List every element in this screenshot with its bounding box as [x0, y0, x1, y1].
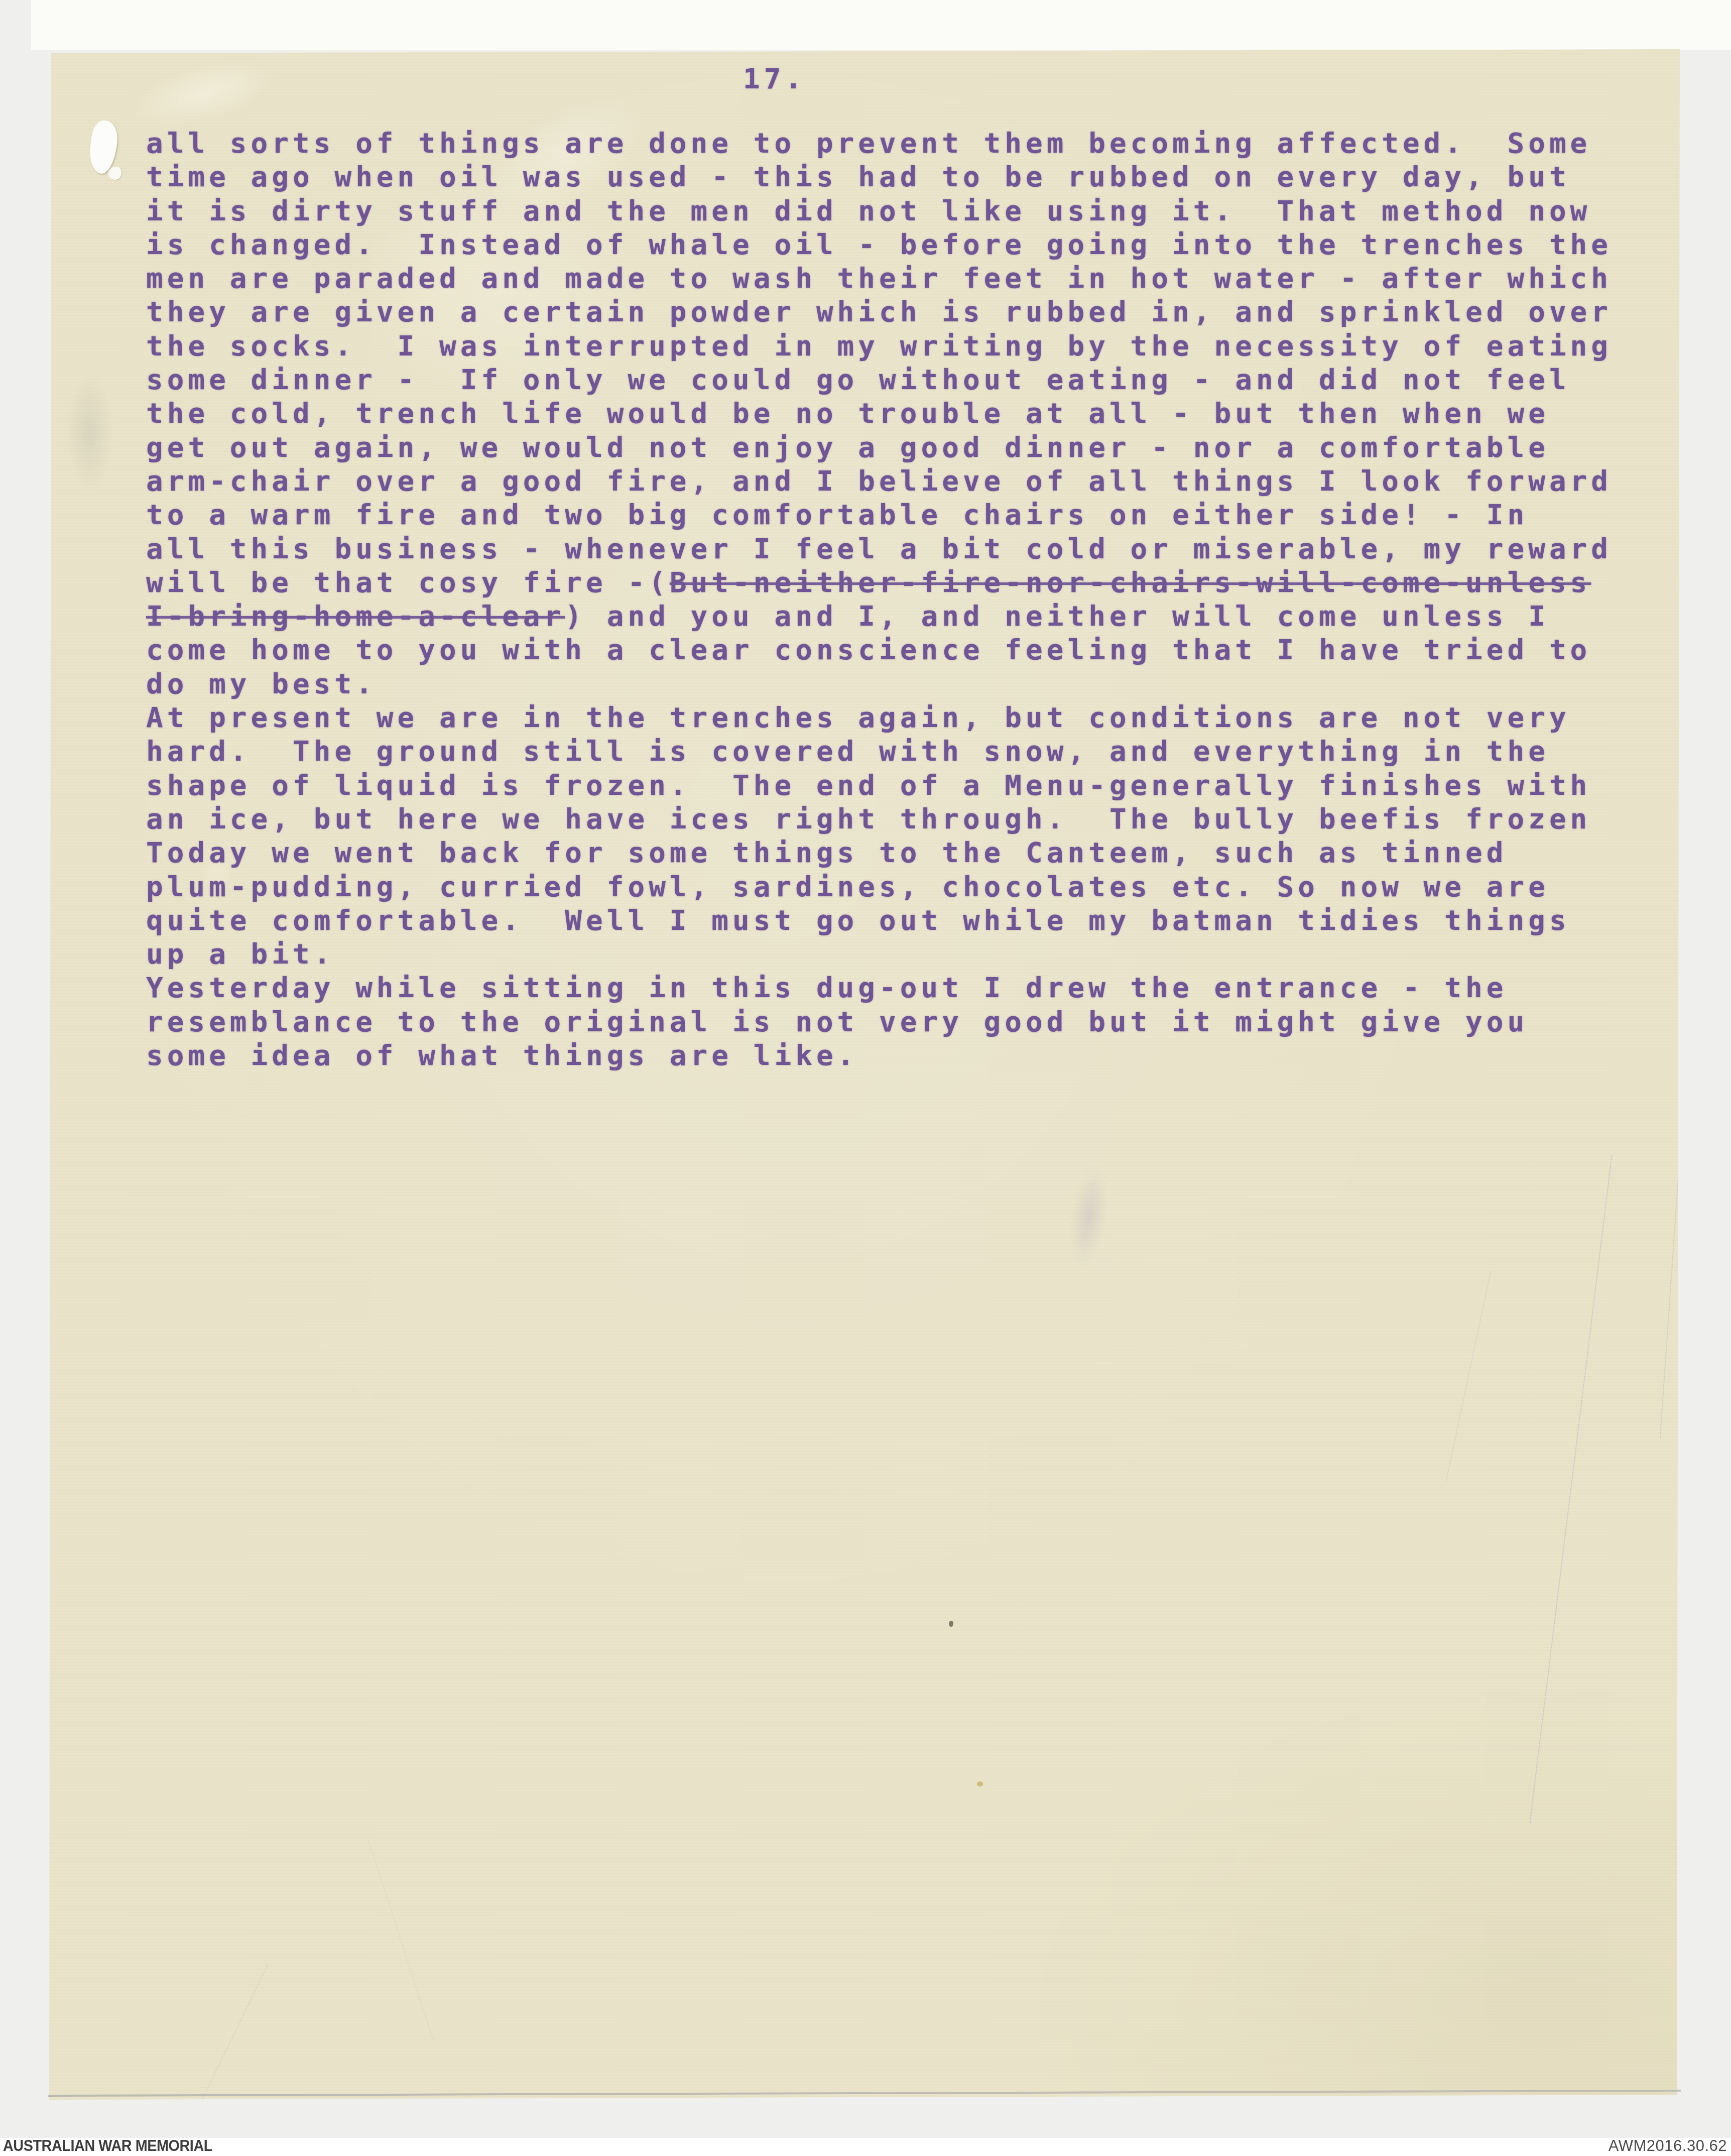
letter-line: shape of liquid is frozen. The end of a …	[146, 769, 1647, 802]
letter-line: the socks. I was interrupted in my writi…	[146, 329, 1647, 363]
ink-smudge	[1064, 1164, 1113, 1268]
text-segment: hard. The ground still is covered with s…	[146, 735, 1549, 768]
letter-line: all sorts of things are done to prevent …	[146, 127, 1647, 160]
text-segment: all this business - whenever I feel a bi…	[146, 533, 1612, 565]
scan-backdrop: 17. all sorts of things are done to prev…	[0, 0, 1731, 2156]
footer-strip: AUSTRALIAN WAR MEMORIAL AWM2016.30.62	[0, 2138, 1731, 2156]
letter-line: men are paraded and made to wash their f…	[146, 262, 1647, 295]
text-segment: will be that cosy fire -(	[146, 566, 670, 599]
letter-line: it is dirty stuff and the men did not li…	[146, 194, 1647, 228]
text-segment: some dinner - If only we could go withou…	[146, 364, 1570, 396]
paper-tear-hole	[108, 167, 121, 180]
struck-text: But-neither-fire-nor-chairs-will-come-un…	[670, 566, 1591, 599]
text-segment: plum-pudding, curried fowl, sardines, ch…	[146, 871, 1549, 903]
text-segment: Today we went back for some things to th…	[146, 836, 1507, 869]
letter-line: come home to you with a clear conscience…	[146, 633, 1647, 667]
paper-crease	[1445, 1270, 1491, 1482]
letter-line: to a warm fire and two big comfortable c…	[146, 498, 1647, 532]
letter-line: the cold, trench life would be no troubl…	[146, 397, 1647, 430]
text-segment: the cold, trench life would be no troubl…	[146, 397, 1549, 430]
text-segment: come home to you with a clear conscience…	[146, 634, 1591, 666]
paper-crease	[368, 1841, 434, 2042]
letter-line: resemblance to the original is not very …	[146, 1005, 1647, 1039]
ink-smudge	[67, 375, 112, 490]
text-segment: some idea of what things are like.	[146, 1039, 858, 1072]
text-segment: resemblance to the original is not very …	[146, 1006, 1528, 1038]
letter-line: all this business - whenever I feel a bi…	[146, 532, 1647, 566]
letter-page: 17. all sorts of things are done to prev…	[49, 48, 1680, 2100]
text-segment: get out again, we would not enjoy a good…	[146, 431, 1549, 464]
letter-line: some dinner - If only we could go withou…	[146, 363, 1647, 397]
text-segment: an ice, but here we have ices right thro…	[146, 803, 1591, 835]
paper-crease	[1529, 1155, 1612, 1823]
letter-line: will be that cosy fire -(But-neither-fir…	[146, 566, 1647, 600]
letter-line: time ago when oil was used - this had to…	[146, 160, 1647, 194]
letter-line: get out again, we would not enjoy a good…	[146, 431, 1647, 464]
text-segment: quite comfortable. Well I must go out wh…	[146, 904, 1570, 937]
text-segment: arm-chair over a good fire, and I believ…	[146, 465, 1612, 498]
letter-line: do my best.	[146, 667, 1647, 701]
text-segment: is changed. Instead of whale oil - befor…	[146, 228, 1612, 261]
text-segment: up a bit.	[146, 938, 334, 971]
letter-line: Today we went back for some things to th…	[146, 836, 1647, 870]
text-segment: shape of liquid is frozen. The end of a …	[146, 769, 1591, 802]
page-number: 17.	[743, 62, 806, 96]
struck-text: I-bring-home-a-clear	[146, 600, 565, 633]
paper-speck	[949, 1621, 953, 1627]
letter-line: Yesterday while sitting in this dug-out …	[146, 971, 1647, 1005]
letter-line: up a bit.	[146, 937, 1647, 971]
letter-line: arm-chair over a good fire, and I believ…	[146, 464, 1647, 498]
text-segment: to a warm fire and two big comfortable c…	[146, 499, 1528, 531]
letter-line: hard. The ground still is covered with s…	[146, 735, 1647, 768]
text-segment: At present we are in the trenches again,…	[146, 701, 1570, 734]
paper-crease	[1660, 1088, 1685, 1439]
letter-line: they are given a certain powder which is…	[146, 295, 1647, 329]
text-segment: Yesterday while sitting in this dug-out …	[146, 972, 1507, 1004]
letter-lines: all sorts of things are done to prevent …	[146, 127, 1647, 1072]
letter-line: At present we are in the trenches again,…	[146, 701, 1647, 735]
paper-speck	[977, 1781, 983, 1786]
archive-reference-label: AWM2016.30.62	[1609, 2137, 1727, 2155]
text-segment: they are given a certain powder which is…	[146, 296, 1612, 328]
text-segment: do my best.	[146, 668, 377, 700]
letter-line: some idea of what things are like.	[146, 1039, 1647, 1072]
letter-line: an ice, but here we have ices right thro…	[146, 802, 1647, 836]
text-segment: all sorts of things are done to prevent …	[146, 127, 1591, 160]
letter-line: I-bring-home-a-clear) and you and I, and…	[146, 600, 1647, 633]
text-segment: it is dirty stuff and the men did not li…	[146, 195, 1591, 227]
text-segment: time ago when oil was used - this had to…	[146, 161, 1570, 193]
archive-credit-label: AUSTRALIAN WAR MEMORIAL	[3, 2137, 212, 2155]
text-segment: men are paraded and made to wash their f…	[146, 262, 1612, 295]
letter-line: quite comfortable. Well I must go out wh…	[146, 904, 1647, 937]
letter-line: plum-pudding, curried fowl, sardines, ch…	[146, 870, 1647, 904]
text-segment: the socks. I was interrupted in my writi…	[146, 330, 1612, 363]
text-segment: ) and you and I, and neither will come u…	[565, 600, 1549, 633]
letter-line: is changed. Instead of whale oil - befor…	[146, 228, 1647, 262]
scan-backing-strip	[31, 0, 1731, 50]
paper-scuff	[125, 48, 285, 138]
